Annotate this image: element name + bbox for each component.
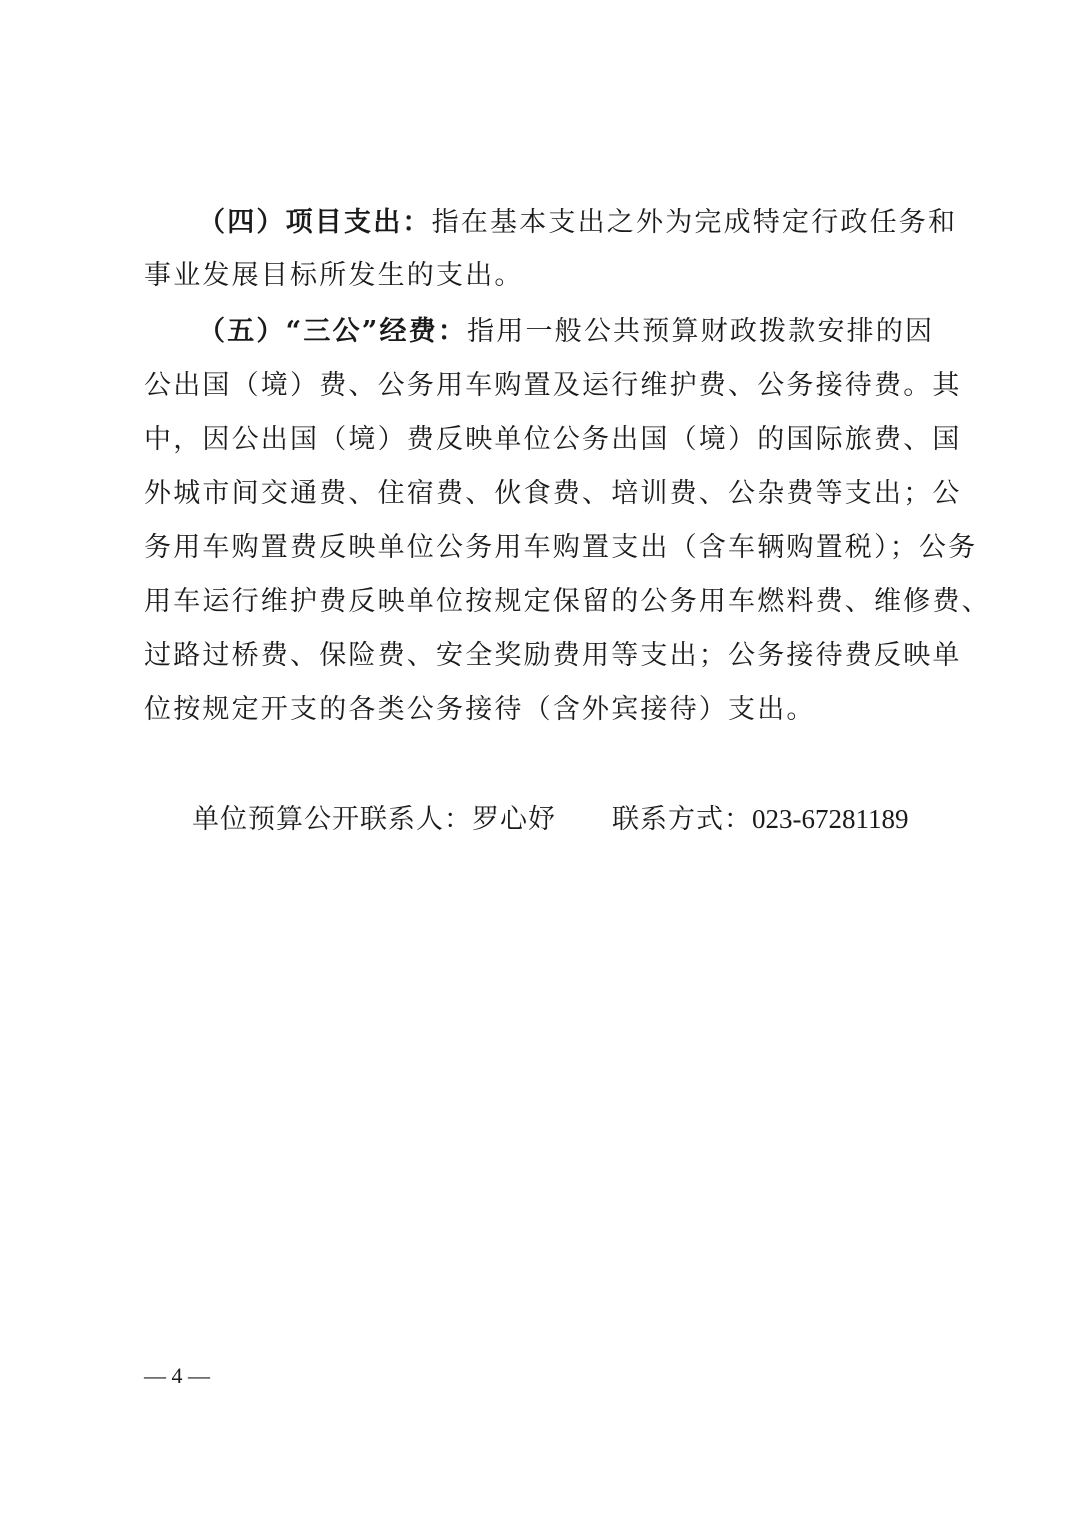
section4-text: 指在基本支出之外为完成特定行政任务和 xyxy=(432,207,958,238)
contact-phone: 023-67281189 xyxy=(752,804,909,834)
section5-text: 指用一般公共预算财政拨款安排的因 xyxy=(467,316,934,347)
contact-person-label: 单位预算公开联系人： xyxy=(192,804,472,835)
contact-person-name: 罗心妤 xyxy=(472,804,556,835)
section5-line: 公出国（境）费、公务用车购置及运行维护费、公务接待费。其 xyxy=(144,368,962,404)
section5-heading: （五）“三公”经费： xyxy=(198,316,467,347)
contact-phone-label: 联系方式： xyxy=(612,804,752,835)
section4-heading: （四）项目支出： xyxy=(198,207,432,238)
contact-info: 单位预算公开联系人：罗心妤联系方式：023-67281189 xyxy=(192,801,909,838)
section4-line1: （四）项目支出：指在基本支出之外为完成特定行政任务和 xyxy=(198,205,957,241)
section5-line: 过路过桥费、保险费、安全奖励费用等支出；公务接待费反映单 xyxy=(144,638,962,674)
section5-line: 中，因公出国（境）费反映单位公务出国（境）的国际旅费、国 xyxy=(144,422,962,458)
section5-line: 务用车购置费反映单位公务用车购置支出（含车辆购置税）；公务 xyxy=(144,530,977,566)
section5-line: 位按规定开支的各类公务接待（含外宾接待）支出。 xyxy=(144,692,816,728)
section5-line: 外城市间交通费、住宿费、伙食费、培训费、公杂费等支出；公 xyxy=(144,476,962,512)
page-number: — 4 — xyxy=(144,1363,210,1389)
section4-line2: 事业发展目标所发生的支出。 xyxy=(144,258,524,294)
section5-line1: （五）“三公”经费：指用一般公共预算财政拨款安排的因 xyxy=(198,314,934,350)
section5-line: 用车运行维护费反映单位按规定保留的公务用车燃料费、维修费、 xyxy=(144,584,991,620)
